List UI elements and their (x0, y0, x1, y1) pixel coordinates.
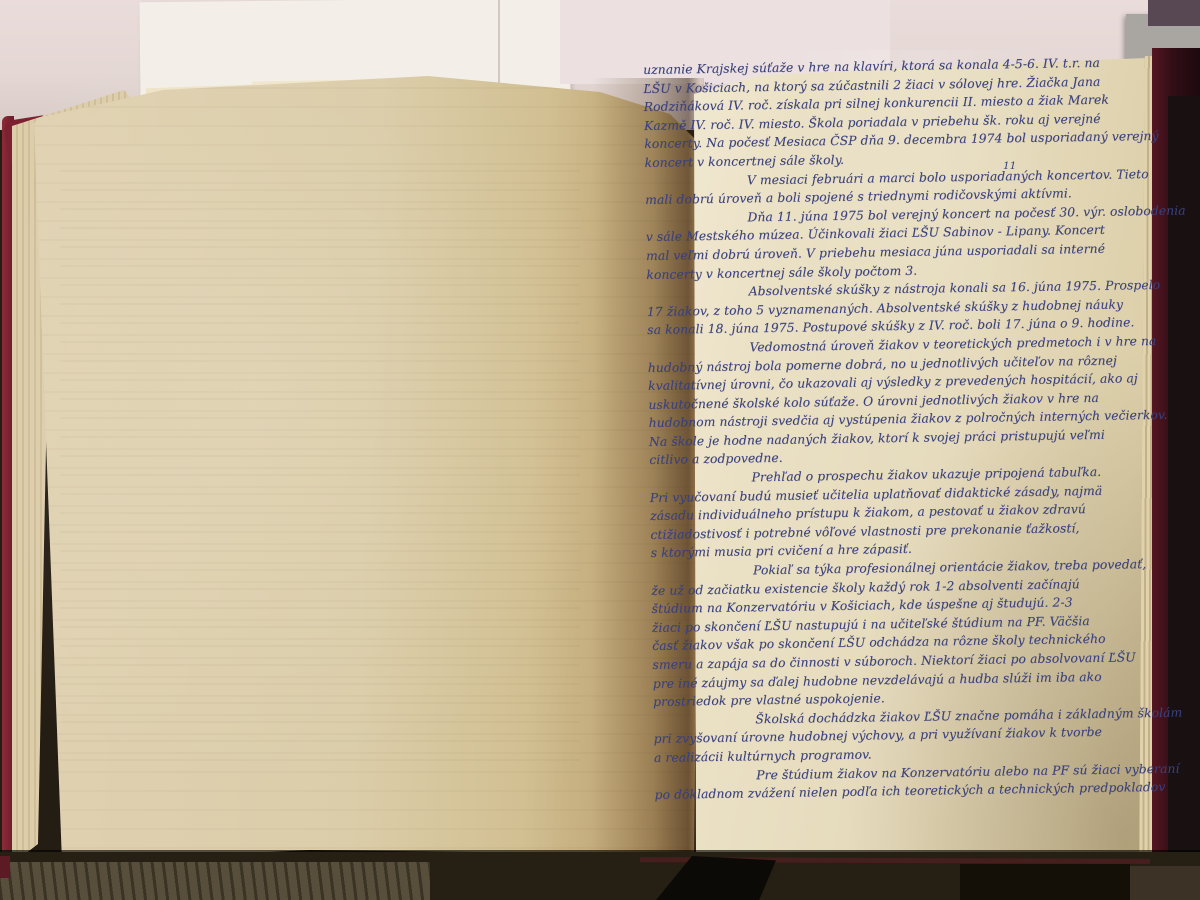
wood-grain (0, 862, 430, 900)
table-bottom-right (1130, 866, 1200, 900)
table-shadow-patch (960, 864, 1130, 900)
photo-of-open-chronicle-book: uznanie Krajskej súťaže v hre na klavíri… (0, 0, 1200, 900)
shadow-top-right-corner (1148, 0, 1200, 26)
handwriting-lines: uznanie Krajskej súťaže v hre na klavíri… (643, 53, 1167, 805)
cover-bottom-left-corner (0, 856, 10, 878)
inserted-correction-number: 11 (1003, 160, 1016, 172)
